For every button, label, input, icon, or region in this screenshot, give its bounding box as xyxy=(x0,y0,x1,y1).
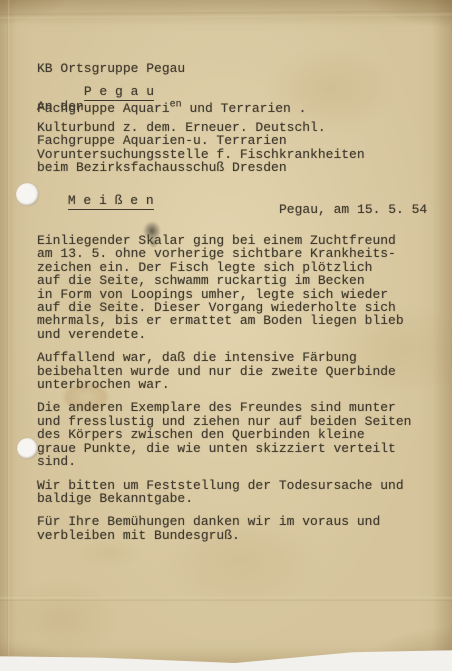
recipient-salutation: An den xyxy=(37,100,84,113)
text-line: mehrmals, bis er ermattet am Boden liege… xyxy=(37,314,411,327)
top-crease xyxy=(0,10,452,18)
horizontal-crease xyxy=(0,597,452,601)
paragraph: Einliegender Skalar ging bei einem Zucht… xyxy=(37,234,411,341)
sender-city-text: P e g a u xyxy=(84,85,154,100)
text-line: und fresslustig und ziehen nur auf beide… xyxy=(37,415,411,428)
text-line: graue Punkte, die wie unten skizziert ve… xyxy=(37,442,411,455)
text-line: Die anderen Exemplare des Freundes sind … xyxy=(37,401,411,414)
recipient-line: Kulturbund z. dem. Erneuer. Deutschl. xyxy=(37,121,365,134)
text-line: auf die Seite. Dieser Vorgang wiederholt… xyxy=(37,301,411,314)
text-line: und verendete. xyxy=(37,328,411,341)
paragraph: Auffallend war, daß die intensive Färbun… xyxy=(37,351,411,391)
text-line: zeichen ein. Der Fisch legte sich plötzl… xyxy=(37,261,411,274)
text-line: Wir bitten um Feststellung der Todesursa… xyxy=(37,479,411,492)
scanned-letter: KB Ortsgruppe Pegau Fachgruppe Aquarien … xyxy=(0,0,452,671)
text-line: des Körpers zwischen den Querbinden klei… xyxy=(37,428,411,441)
text-line: beibehalten wurde und nur die zweite Que… xyxy=(37,365,411,378)
recipient-line: beim Bezirksfachausschuß Dresden xyxy=(37,161,365,174)
text-line: unterbrochen war. xyxy=(37,378,411,391)
text-line: am 13. 5. ohne vorherige sichtbare Krank… xyxy=(37,247,411,260)
recipient-city: M e i ß e n xyxy=(21,181,154,223)
body-paragraphs: Einliegender Skalar ging bei einem Zucht… xyxy=(37,234,411,552)
sender-dept-post: und Terrarien . xyxy=(182,101,307,116)
recipient-line: Fachgruppe Aquarien-u. Terrarien xyxy=(37,134,365,147)
text-line: baldige Bekanntgabe. xyxy=(37,492,411,505)
recipient-city-text: M e i ß e n xyxy=(68,194,154,209)
text-line: Auffallend war, daß die intensive Färbun… xyxy=(37,351,411,364)
hole-punch-bottom xyxy=(17,438,38,459)
paragraph: Wir bitten um Feststellung der Todesursa… xyxy=(37,479,411,506)
text-line: Für Ihre Bemühungen danken wir im voraus… xyxy=(37,515,411,528)
text-line: auf die Seite, schwamm ruckartig im Beck… xyxy=(37,274,411,287)
text-line: Einliegender Skalar ging bei einem Zucht… xyxy=(37,234,411,247)
hole-punch-top xyxy=(16,183,39,206)
text-line: sind. xyxy=(37,455,411,468)
dateline: Pegau, am 15. 5. 54 xyxy=(279,203,427,216)
recipient-line: Voruntersuchungsstelle f. Fischkrankheit… xyxy=(37,148,365,161)
text-line: verbleiben mit Bundesgruß. xyxy=(37,529,411,542)
paragraph: Für Ihre Bemühungen danken wir im voraus… xyxy=(37,515,411,542)
letter-paper: KB Ortsgruppe Pegau Fachgruppe Aquarien … xyxy=(0,0,452,671)
recipient-block: Kulturbund z. dem. Erneuer. Deutschl.Fac… xyxy=(37,121,365,175)
sender-dept-superscript: en xyxy=(170,100,182,111)
vertical-crease xyxy=(7,0,10,671)
paragraph: Die anderen Exemplare des Freundes sind … xyxy=(37,401,411,468)
text-line: in Form von Loopings umher, legte sich w… xyxy=(37,288,411,301)
